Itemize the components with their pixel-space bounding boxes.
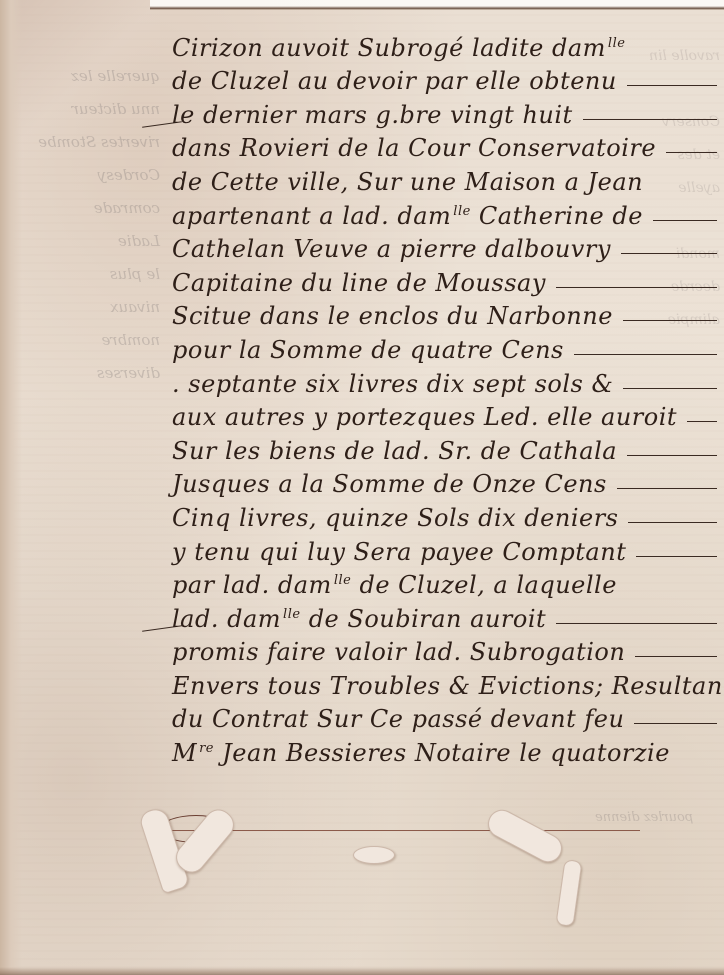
- paper-top-edge: [150, 0, 724, 10]
- line-text: Envers tous Troubles & Evictions; Result…: [172, 672, 724, 700]
- line-text: Cirizon auvoit Subrogé ladite dam: [172, 34, 606, 62]
- manuscript-line-text: Capitaine du line de Moussay: [172, 269, 546, 297]
- manuscript-line: Mre Jean Bessieres Notaire le quatorzie: [172, 733, 717, 767]
- manuscript-line: apartenant a lad. damlle Catherine de: [172, 196, 717, 230]
- line-text: Scitue dans le enclos du Narbonne: [172, 302, 613, 330]
- line-text: . septante six livres dix sept sols &: [172, 370, 613, 398]
- manuscript-line: de Cluzel au devoir par elle obtenu: [172, 62, 717, 96]
- line-filler-dash: [556, 623, 717, 624]
- line-text: de Cluzel au devoir par elle obtenu: [172, 67, 617, 95]
- line-text-continued: de Cluzel, a laquelle: [351, 571, 617, 599]
- line-filler-dash: [617, 488, 717, 489]
- line-text: du Contrat Sur Ce passé devant feu: [172, 705, 624, 733]
- line-text: par lad. dam: [172, 571, 332, 599]
- manuscript-line: Cinq livres, quinze Sols dix deniers: [172, 498, 717, 532]
- bleed-through-text-bottom: pourlez dienne: [595, 810, 693, 825]
- line-text-continued: Catherine de: [471, 202, 643, 230]
- superscript-abbreviation: lle: [334, 573, 352, 588]
- ghost-line: Ladie: [30, 225, 160, 258]
- manuscript-line-text: promis faire valoir lad. Subrogation: [172, 638, 625, 666]
- manuscript-line: du Contrat Sur Ce passé devant feu: [172, 700, 717, 734]
- line-filler-dash: [636, 556, 717, 557]
- ghost-line: rivertes Stombe: [30, 126, 160, 159]
- line-text: pour la Somme de quatre Cens: [172, 336, 564, 364]
- manuscript-page: querelle lez nnu dicteur rivertes Stombe…: [0, 0, 724, 975]
- manuscript-line: dans Rovieri de la Cour Conservatoire: [172, 129, 717, 163]
- manuscript-line: par lad. damlle de Cluzel, a laquelle: [172, 566, 717, 600]
- line-text: M: [172, 739, 197, 767]
- line-text: promis faire valoir lad. Subrogation: [172, 638, 625, 666]
- paper-bottom-edge: [0, 967, 724, 975]
- line-filler-dash: [634, 723, 717, 724]
- manuscript-line: Sur les biens de lad. Sr. de Cathala: [172, 431, 717, 465]
- line-text: de Cette ville, Sur une Maison a Jean: [172, 168, 643, 196]
- line-text-continued: Jean Bessieres Notaire le quatorzie: [214, 739, 670, 767]
- ghost-line: querelle lez: [30, 60, 160, 93]
- superscript-abbreviation: lle: [608, 36, 626, 51]
- line-text: lad. dam: [172, 605, 281, 633]
- manuscript-line-text: y tenu qui luy Sera payee Comptant: [172, 538, 626, 566]
- manuscript-line: pour la Somme de quatre Cens: [172, 330, 717, 364]
- line-filler-dash: [627, 85, 717, 86]
- line-filler-dash: [621, 253, 717, 254]
- line-text: aux autres y portezques Led. elle auroit: [172, 403, 677, 431]
- superscript-abbreviation: lle: [453, 204, 471, 219]
- manuscript-line-text: le dernier mars g.bre vingt huit: [172, 101, 573, 129]
- line-filler-dash: [653, 220, 717, 221]
- manuscript-line-text: dans Rovieri de la Cour Conservatoire: [172, 134, 656, 162]
- handwritten-text-block: Cirizon auvoit Subrogé ladite damllede C…: [172, 28, 717, 767]
- line-text: apartenant a lad. dam: [172, 202, 451, 230]
- manuscript-line-text: par lad. damlle de Cluzel, a laquelle: [172, 571, 617, 599]
- manuscript-line-text: lad. damlle de Soubiran auroit: [172, 605, 546, 633]
- manuscript-line: y tenu qui luy Sera payee Comptant: [172, 532, 717, 566]
- manuscript-line-text: aux autres y portezques Led. elle auroit: [172, 403, 677, 431]
- manuscript-line-text: Jusques a la Somme de Onze Cens: [172, 470, 607, 498]
- line-text: dans Rovieri de la Cour Conservatoire: [172, 134, 656, 162]
- line-text: Capitaine du line de Moussay: [172, 269, 546, 297]
- manuscript-line: promis faire valoir lad. Subrogation: [172, 633, 717, 667]
- manuscript-line-text: Mre Jean Bessieres Notaire le quatorzie: [172, 739, 670, 767]
- signature-rule: [170, 830, 640, 831]
- wax-seal-remnant: [353, 846, 395, 864]
- line-text: Cinq livres, quinze Sols dix deniers: [172, 504, 618, 532]
- manuscript-line-text: de Cette ville, Sur une Maison a Jean: [172, 168, 643, 196]
- paper-left-edge: [0, 0, 22, 975]
- manuscript-line: de Cette ville, Sur une Maison a Jean: [172, 162, 717, 196]
- line-filler-dash: [556, 287, 717, 288]
- line-filler-dash: [623, 388, 717, 389]
- manuscript-line-text: Cirizon auvoit Subrogé ladite damlle: [172, 34, 625, 62]
- line-text: le dernier mars g.bre vingt huit: [172, 101, 573, 129]
- manuscript-line-text: . septante six livres dix sept sols &: [172, 370, 613, 398]
- superscript-abbreviation: re: [199, 741, 214, 756]
- line-filler-dash: [574, 354, 717, 355]
- ghost-line: le plus: [30, 258, 160, 291]
- manuscript-line-text: apartenant a lad. damlle Catherine de: [172, 202, 643, 230]
- ghost-line: comrade: [30, 192, 160, 225]
- ghost-line: nombre: [30, 324, 160, 357]
- manuscript-line-text: Cathelan Veuve a pierre dalbouvry: [172, 235, 611, 263]
- manuscript-line: Jusques a la Somme de Onze Cens: [172, 465, 717, 499]
- line-filler-dash: [628, 522, 717, 523]
- manuscript-line: lad. damlle de Soubiran auroit: [172, 599, 717, 633]
- ghost-line: Cordesy: [30, 159, 160, 192]
- manuscript-line: Capitaine du line de Moussay: [172, 263, 717, 297]
- manuscript-line-text: de Cluzel au devoir par elle obtenu: [172, 67, 617, 95]
- ghost-line: diverses: [30, 357, 160, 390]
- manuscript-line-text: Scitue dans le enclos du Narbonne: [172, 302, 613, 330]
- superscript-abbreviation: lle: [283, 607, 301, 622]
- manuscript-line-text: du Contrat Sur Ce passé devant feu: [172, 705, 624, 733]
- line-filler-dash: [623, 320, 717, 321]
- manuscript-line: Cirizon auvoit Subrogé ladite damlle: [172, 28, 717, 62]
- wax-seal-remnant: [483, 805, 567, 867]
- line-text: Sur les biens de lad. Sr. de Cathala: [172, 437, 617, 465]
- manuscript-line-text: Sur les biens de lad. Sr. de Cathala: [172, 437, 617, 465]
- manuscript-line: Scitue dans le enclos du Narbonne: [172, 297, 717, 331]
- line-text: y tenu qui luy Sera payee Comptant: [172, 538, 626, 566]
- manuscript-line-text: Cinq livres, quinze Sols dix deniers: [172, 504, 618, 532]
- manuscript-line-text: pour la Somme de quatre Cens: [172, 336, 564, 364]
- line-text-continued: de Soubiran auroit: [301, 605, 547, 633]
- line-filler-dash: [687, 421, 717, 422]
- ghost-line: nivaux: [30, 291, 160, 324]
- line-filler-dash: [635, 656, 717, 657]
- line-text: Jusques a la Somme de Onze Cens: [172, 470, 607, 498]
- manuscript-line: Envers tous Troubles & Evictions; Result…: [172, 666, 717, 700]
- bleed-through-text-left: querelle lez nnu dicteur rivertes Stombe…: [30, 60, 160, 390]
- line-filler-dash: [627, 455, 717, 456]
- ghost-line: nnu dicteur: [30, 93, 160, 126]
- line-filler-dash: [666, 152, 717, 153]
- line-text: Cathelan Veuve a pierre dalbouvry: [172, 235, 611, 263]
- line-filler-dash: [583, 119, 717, 120]
- manuscript-line-text: Envers tous Troubles & Evictions; Result…: [172, 672, 724, 700]
- manuscript-line: le dernier mars g.bre vingt huit: [172, 95, 717, 129]
- manuscript-line: . septante six livres dix sept sols &: [172, 364, 717, 398]
- manuscript-line: aux autres y portezques Led. elle auroit: [172, 398, 717, 432]
- wax-seal-remnant: [555, 859, 582, 927]
- manuscript-line: Cathelan Veuve a pierre dalbouvry: [172, 230, 717, 264]
